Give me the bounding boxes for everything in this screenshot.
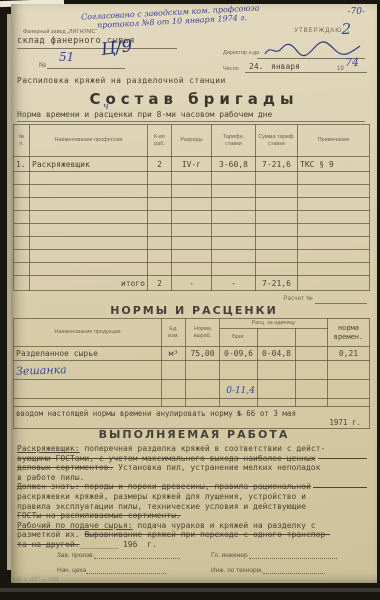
norms-cell-name: Разделанное сырье: [14, 347, 162, 361]
date-month: января: [271, 62, 300, 71]
col-num: № п.: [14, 125, 30, 157]
norms-col-unit: Ед. изм.: [162, 319, 186, 347]
department-underline: [17, 48, 177, 49]
empty-row: [14, 399, 370, 407]
norms-col-rate1: Бриг.: [220, 329, 258, 347]
norms-col-name: Наименование продукции: [14, 319, 162, 347]
scan-bottom-edge: [0, 588, 380, 592]
print-shop-note: Тип. з. 1077 — 1000: [13, 577, 59, 583]
totals-grade: -: [172, 276, 212, 291]
cell-profession: Раскряжевщик: [30, 157, 148, 172]
work-line-1: Раскряжевщик: поперечная разделка кряжей…: [17, 444, 367, 454]
norms-cell-rate1: 0-09,6: [220, 347, 258, 361]
col-rate: Тарифн. ставки: [212, 125, 256, 157]
totals-label: итого: [30, 276, 148, 291]
norms-section-title: НОРМЫ И РАСЦЕНКИ: [11, 304, 377, 317]
date-underline: [245, 72, 333, 73]
empty-row: [14, 250, 370, 263]
work-line-4: в работе пилы.: [17, 473, 367, 483]
work-description: Раскряжевщик: поперечная разделка кряжей…: [17, 444, 367, 550]
work-order-title: Распиловка кряжей на разделочной станции: [17, 76, 226, 85]
signature-line: [94, 558, 180, 559]
cell-rate: 3-60,8: [212, 157, 256, 172]
date-day: 24.: [249, 62, 263, 71]
work-section-title: ВЫПОЛНЯЕМАЯ РАБОТА: [11, 428, 377, 441]
empty-row: [14, 172, 370, 185]
signature-line: [263, 573, 325, 574]
signature-line: [249, 558, 337, 559]
norms-col-rate2: [258, 329, 296, 347]
norms-col-norm: Норма выраб.: [186, 319, 220, 347]
cell-sum: 7-21,6: [256, 157, 298, 172]
cell-note: ТКС § 9: [298, 157, 370, 172]
norms-hand-row: Зешанка: [14, 361, 370, 380]
cell-grade: IV-г: [172, 157, 212, 172]
cell-count: 2: [148, 157, 172, 172]
norms-table: Наименование продукции Ед. изм. Норма вы…: [13, 318, 370, 429]
date-year-underline: [333, 72, 367, 73]
norms-cell-rate2: 0-04,8: [258, 347, 296, 361]
factory-name: Фанерный завод „ЛИГНУМС“: [23, 29, 97, 35]
col-profession: Наименование профессии: [30, 125, 148, 157]
norms-col-rate3: [296, 329, 328, 347]
cell-num: 1.: [14, 157, 30, 172]
brigade-subtitle: Норма времени и расценки при 8-ми часово…: [17, 110, 365, 122]
signature-inzh-label: Инж. по технорм.: [211, 567, 325, 574]
subtitle-hand-insert: ч: [103, 102, 109, 112]
empty-row: [14, 263, 370, 276]
signature-line: [86, 573, 166, 574]
hand-mark: Ц/9: [100, 36, 134, 60]
strike-extension: [313, 487, 367, 488]
work-line-3: деловых сортиментов. Установка пил, устр…: [17, 463, 367, 473]
work-line-6: раскряжевки кряжей, размеры кряжей для л…: [17, 492, 367, 502]
date-label: Число: [223, 66, 239, 72]
work-line-5: Должен знать: породы и пороки древесины,…: [17, 482, 367, 492]
order-number-label: №: [39, 62, 47, 69]
totals-sum: 7-21,6: [256, 276, 298, 291]
totals-rate: -: [212, 276, 256, 291]
norms-cell-norm: 75,00: [186, 347, 220, 361]
empty-row: [14, 198, 370, 211]
date-year: 74: [345, 56, 359, 69]
col-grade: Разряды: [172, 125, 212, 157]
scanned-work-order-document: { "header": { "approval_note_line1": "Со…: [0, 0, 380, 600]
norms-cell-unit: м³: [162, 347, 186, 361]
signature-gl-label: Гл. инженер: [211, 552, 337, 559]
signature-zav-label: Зав. произв.: [57, 552, 180, 559]
calc-label: Расчет №: [283, 296, 313, 302]
empty-row: [14, 224, 370, 237]
norms-cell-time: 0,21: [328, 347, 370, 361]
page-number: -70-: [347, 7, 365, 17]
col-sum: Сумма тариф. ставки: [256, 125, 298, 157]
col-count: К-во раб.: [148, 125, 172, 157]
work-line-7: правила эксплуатации пилы, технические у…: [17, 502, 367, 512]
hand-product-name: Зешанка: [16, 363, 67, 378]
col-note: Примечание: [298, 125, 370, 157]
strike-extension: [318, 458, 367, 459]
norms-col-rate-group: Расц. за единицу: [220, 319, 328, 329]
totals-row: итого 2 - - 7-21,6: [14, 276, 370, 291]
document-page: Согласовано с заводским ком. профсоюза п…: [11, 4, 377, 583]
norms-note-row: вводом настоящей нормы времени анулирова…: [14, 407, 370, 429]
brigade-section-title: Состав бригады: [11, 90, 377, 108]
empty-row: [14, 185, 370, 198]
brigade-table: № п. Наименование профессии К-во раб. Ра…: [13, 124, 370, 291]
order-number: 51: [59, 50, 74, 64]
hand-rate-value: 0-11,4: [226, 386, 255, 396]
norms-hand-rate-row: 0-11,4: [14, 380, 370, 399]
norms-note-line1: вводом настоящей нормы времени анулирова…: [16, 409, 367, 418]
work-line-8: ГОСТы на распиливаемые сортименты.: [17, 511, 367, 521]
norms-note-line2: 1971 г.: [16, 418, 367, 427]
work-line-9: Рабочий по подаче сырья: подача чураков …: [17, 521, 367, 531]
norms-col-time: норма времен.: [328, 319, 370, 347]
empty-row: [14, 237, 370, 250]
director-label: Директор з-да: [223, 50, 259, 56]
norms-row: Разделанное сырье м³ 75,00 0-09,6 0-04,8…: [14, 347, 370, 361]
brigade-row: 1. Раскряжевщик 2 IV-г 3-60,8 7-21,6 ТКС…: [14, 157, 370, 172]
work-line-11: та на другой.________ 196 г.: [17, 540, 367, 550]
signature-nach-label: Нач. цеха: [57, 567, 166, 574]
order-number-underline: [47, 68, 125, 69]
approve-label: УТВЕРЖДАЮ:: [294, 28, 345, 34]
empty-row: [14, 211, 370, 224]
work-line-10: разметкой их. Выравнивание кряжей при пе…: [17, 530, 367, 540]
work-line-2: вующими ГОСТами, с учетом максимального …: [17, 454, 367, 464]
totals-count: 2: [148, 276, 172, 291]
